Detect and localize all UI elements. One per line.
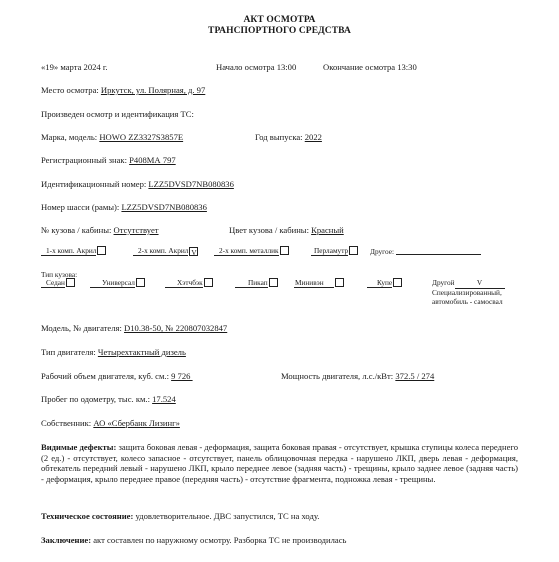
power-label: Мощность двигателя, л.с./кВт: — [281, 371, 395, 381]
document-title-line1: АКТ ОСМОТРА — [0, 15, 559, 26]
body-type-checkbox[interactable] — [335, 278, 344, 287]
body-type-wagon: Универсал — [90, 278, 145, 288]
engine-type-label: Тип двигателя: — [41, 347, 98, 357]
technical-condition: Техническое состояние: удовлетворительно… — [41, 511, 319, 522]
displacement-label: Рабочий объем двигателя, куб. см.: — [41, 371, 171, 381]
paint-option-label: 1-х комп. Акрил — [41, 246, 96, 256]
body-type-checkbox[interactable] — [269, 278, 278, 287]
inspection-start-time: Начало осмотра 13:00 — [216, 62, 296, 73]
conclusion-label: Заключение: — [41, 535, 91, 545]
paint-option-pearl: Перламутр — [311, 246, 358, 256]
paint-checkbox[interactable] — [280, 246, 289, 255]
paint-other-label: Другое: — [370, 247, 394, 256]
paint-option-2k-metallic: 2-х комп. металлик — [214, 246, 289, 256]
plate-value: Р408МА 797 — [129, 155, 176, 165]
vin-label: Идентификационный номер: — [41, 179, 148, 189]
chassis-label: Номер шасси (рамы): — [41, 202, 121, 212]
tech-text: удовлетворительное. ДВС запустился, ТС н… — [133, 511, 319, 521]
mileage-label: Пробег по одометру, тыс. км.: — [41, 394, 152, 404]
engine-type: Тип двигателя: Четырехтактный дизель — [41, 347, 186, 358]
make-model: Марка, модель: HOWO ZZ3327S3857E — [41, 132, 183, 143]
inspection-act-document: АКТ ОСМОТРА ТРАНСПОРТНОГО СРЕДСТВА «19» … — [0, 0, 559, 562]
body-type-option-label: Купе — [367, 278, 392, 288]
vin: Идентификационный номер: LZZ5DVSD7NB0808… — [41, 179, 234, 190]
paint-option-label: 2-х комп. металлик — [214, 246, 279, 256]
inspection-place: Место осмотра: Иркутск, ул. Полярная, д.… — [41, 85, 205, 96]
body-no-value: Отсутствует — [114, 225, 159, 235]
paint-option-1k-acrylic: 1-х комп. Акрил — [41, 246, 106, 256]
paint-checkbox[interactable] — [97, 246, 106, 255]
tech-label: Техническое состояние: — [41, 511, 133, 521]
owner: Собственник: АО «Сбербанк Лизинг» — [41, 418, 180, 429]
registration-plate: Регистрационный знак: Р408МА 797 — [41, 155, 176, 166]
body-other-text-line1: Специализированный, — [432, 288, 502, 297]
displacement-value: 9 726 — [171, 371, 192, 381]
body-type-coupe: Купе — [367, 278, 402, 288]
engine-type-value: Четырехтактный дизель — [98, 347, 186, 357]
body-type-option-label: Универсал — [90, 278, 135, 288]
paint-option-label: Перламутр — [311, 246, 348, 256]
body-type-checkbox[interactable] — [136, 278, 145, 287]
visible-defects: Видимые дефекты: защита боковая левая - … — [41, 442, 518, 484]
year-value: 2022 — [305, 132, 322, 142]
paint-other-field[interactable] — [396, 246, 481, 255]
place-label: Место осмотра: — [41, 85, 101, 95]
color-value: Красный — [311, 225, 344, 235]
color-label: Цвет кузова / кабины: — [229, 225, 311, 235]
body-type-pickup: Пикап — [235, 278, 278, 288]
body-other-text-line2: автомобиль - самосвал — [432, 297, 503, 306]
engine-label: Модель, № двигателя: — [41, 323, 124, 333]
conclusion-text: акт составлен по наружному осмотру. Разб… — [91, 535, 346, 545]
vin-value: LZZ5DVSD7NB080836 — [148, 179, 233, 189]
paint-checkbox[interactable]: V — [189, 247, 198, 256]
chassis-value: LZZ5DVSD7NB080836 — [121, 202, 206, 212]
engine-displacement: Рабочий объем двигателя, куб. см.: 9 726 — [41, 371, 193, 382]
make-label: Марка, модель: — [41, 132, 99, 142]
inspection-date: «19» марта 2024 г. — [41, 62, 108, 73]
body-type-option-label: Хэтчбэк — [165, 278, 203, 288]
inspection-note: Произведен осмотр и идентификация ТС: — [41, 109, 194, 120]
engine-value: D10.38-50, № 220807032847 — [124, 323, 227, 333]
paint-option-label: 2-х комп. Акрил — [133, 246, 188, 256]
body-type-option-label: Седан — [41, 278, 65, 288]
body-type-hatchback: Хэтчбэк — [165, 278, 213, 288]
conclusion: Заключение: акт составлен по наружному о… — [41, 535, 346, 546]
paint-option-other: Другое: — [370, 246, 481, 257]
owner-value: АО «Сбербанк Лизинг» — [93, 418, 180, 428]
mileage-value: 17.524 — [152, 394, 176, 404]
body-type-option-label: Пикап — [235, 278, 268, 288]
body-color: Цвет кузова / кабины: Красный — [229, 225, 344, 236]
body-type-checkbox[interactable] — [204, 278, 213, 287]
make-value: HOWO ZZ3327S3857E — [99, 132, 183, 142]
body-type-checkbox[interactable] — [393, 278, 402, 287]
body-number: № кузова / кабины: Отсутствует — [41, 225, 159, 236]
document-title-line2: ТРАНСПОРТНОГО СРЕДСТВА — [0, 26, 559, 37]
power-value: 372.5 / 274 — [395, 371, 434, 381]
chassis-number: Номер шасси (рамы): LZZ5DVSD7NB080836 — [41, 202, 207, 213]
body-type-checkbox[interactable] — [66, 278, 75, 287]
body-other-label: Другой — [432, 278, 455, 287]
plate-label: Регистрационный знак: — [41, 155, 129, 165]
owner-label: Собственник: — [41, 418, 93, 428]
place-value: Иркутск, ул. Полярная, д. 97 — [101, 85, 205, 95]
year: Год выпуска: 2022 — [255, 132, 322, 143]
body-type-minivan: Минивэн — [294, 278, 344, 288]
odometer: Пробег по одометру, тыс. км.: 17.524 — [41, 394, 176, 405]
paint-option-2k-acrylic: 2-х комп. АкрилV — [133, 246, 198, 256]
body-type-option-label: Минивэн — [294, 278, 334, 288]
body-no-label: № кузова / кабины: — [41, 225, 114, 235]
defects-label: Видимые дефекты: — [41, 442, 116, 452]
paint-checkbox[interactable] — [349, 246, 358, 255]
body-type-sedan: Седан — [41, 278, 75, 288]
year-label: Год выпуска: — [255, 132, 305, 142]
engine-power: Мощность двигателя, л.с./кВт: 372.5 / 27… — [281, 371, 434, 382]
inspection-end-time: Окончание осмотра 13:30 — [323, 62, 417, 73]
engine-model: Модель, № двигателя: D10.38-50, № 220807… — [41, 323, 227, 334]
